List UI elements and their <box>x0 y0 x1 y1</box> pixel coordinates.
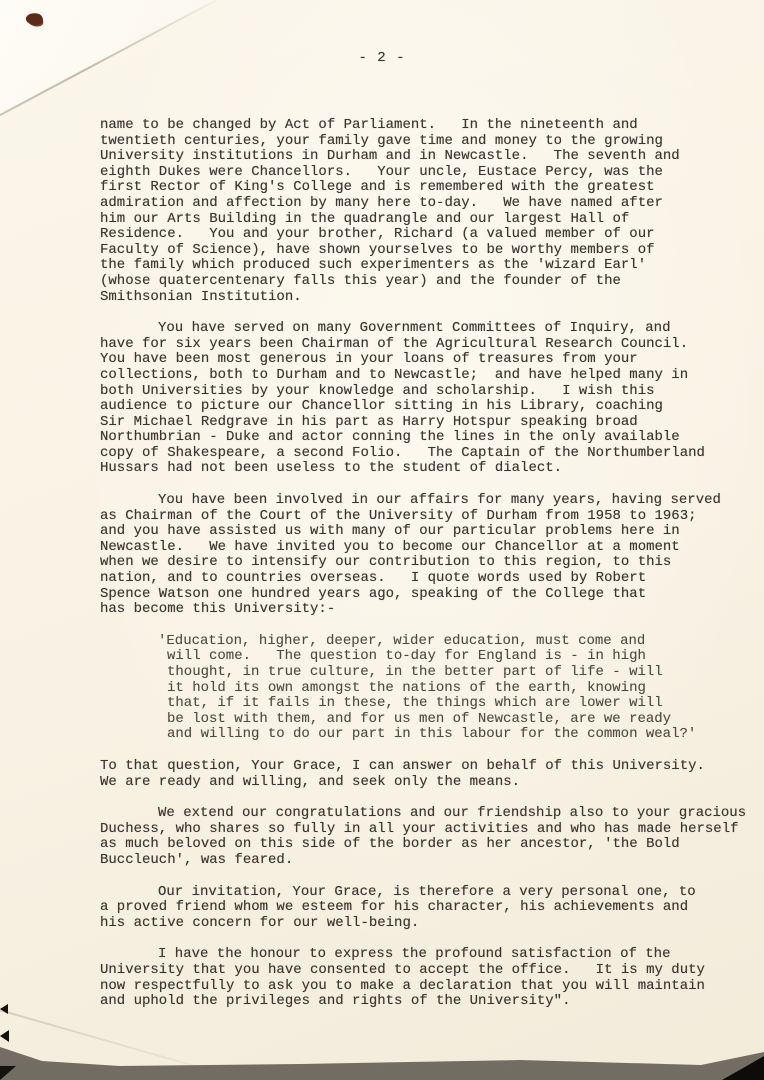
torn-corner-bottom-right <box>722 1056 764 1080</box>
scan-background: - 2 - name to be changed by Act of Parli… <box>0 0 764 1080</box>
quote-block: 'Education, higher, deeper, wider educat… <box>158 634 722 743</box>
left-edge-nick <box>0 1004 8 1014</box>
paragraph: I have the honour to express the profoun… <box>100 947 752 1009</box>
torn-corner-bottom-left <box>0 1066 16 1080</box>
paragraph: You have been involved in our affairs fo… <box>100 493 752 618</box>
paragraph: We extend our congratulations and our fr… <box>100 806 752 868</box>
paragraph: Our invitation, Your Grace, is therefore… <box>100 885 752 932</box>
document-page: - 2 - name to be changed by Act of Parli… <box>0 0 764 1080</box>
paragraph: To that question, Your Grace, I can answ… <box>100 759 752 790</box>
page-number: - 2 - <box>0 50 764 66</box>
paragraph: name to be changed by Act of Parliament.… <box>100 118 752 305</box>
document-body: name to be changed by Act of Parliament.… <box>100 118 752 1026</box>
left-edge-nick <box>0 1030 9 1042</box>
paragraph: You have served on many Government Commi… <box>100 321 752 477</box>
